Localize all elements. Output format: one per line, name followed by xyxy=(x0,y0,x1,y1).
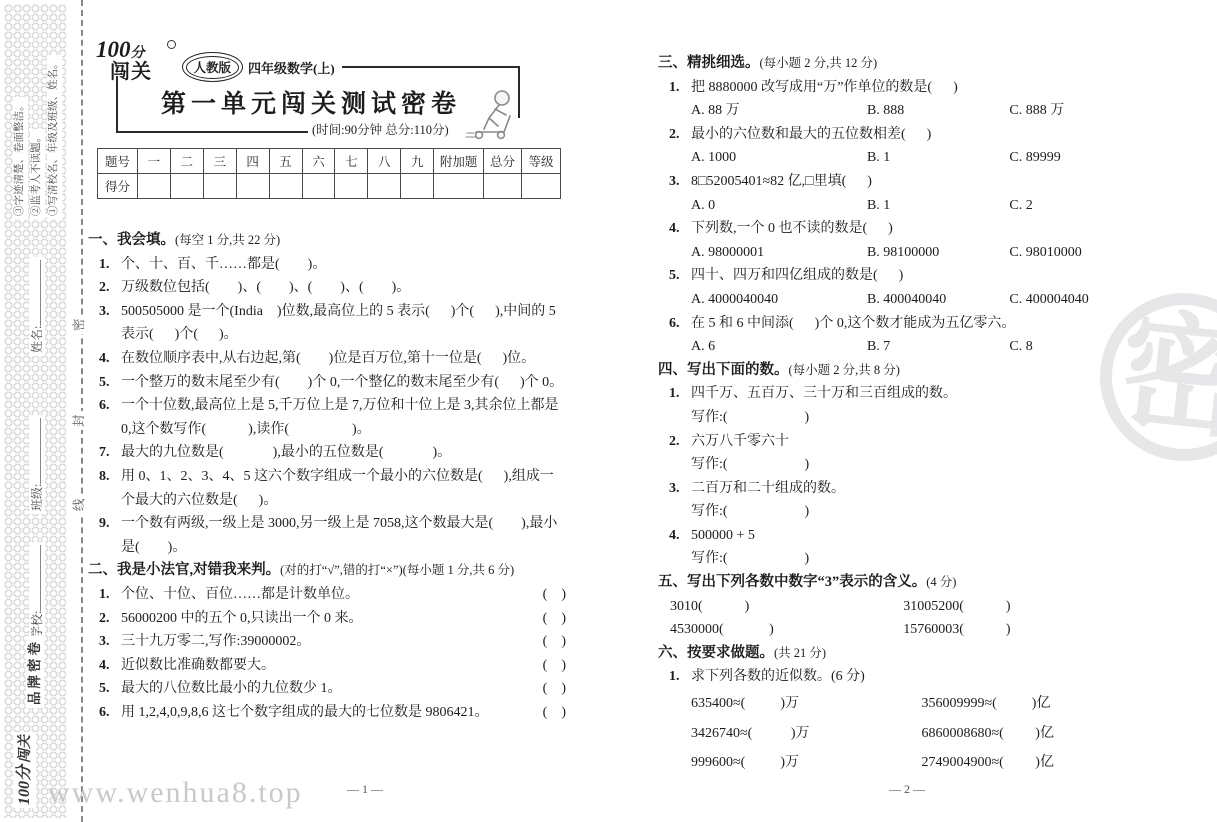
page-number-2: — 2 — xyxy=(862,782,952,797)
score-table: 题号 一 二 三 四 五 六 七 八 九 附加题 总分 等级 得分 xyxy=(97,148,561,199)
fill-item: 3.500505000 是一个(India )位数,最高位上的 5 表示( )个… xyxy=(88,300,566,347)
logo-chuangguan-text: 闯关 xyxy=(110,55,180,84)
choice-options: A. 4000040040B. 400040040C. 400004040 xyxy=(658,288,1110,312)
score-cell xyxy=(484,174,522,199)
answer-parens: ( ) xyxy=(543,630,566,654)
exam-instruction-2: ②监考人不读题。 xyxy=(30,129,45,219)
grade-subject-label: 四年级数学(上) xyxy=(248,58,335,77)
answer-parens: ( ) xyxy=(543,677,566,701)
write-answer-line: 写作:( ) xyxy=(658,500,1110,524)
exam-instruction-3: ③字迹清楚、卷面整洁。 xyxy=(13,98,28,220)
score-table-score-row: 得分 xyxy=(98,174,561,199)
section-6-meta: (共 21 分) xyxy=(774,646,826,660)
digit-meaning-entry: 31005200( ) xyxy=(903,595,1110,619)
logo-chuangguan: 闯关 xyxy=(18,735,33,763)
section-6-heading: 六、按要求做题。(共 21 分) xyxy=(658,642,1110,666)
digit-meaning-entry: 4530000( ) xyxy=(670,618,903,642)
col-header: 一 xyxy=(137,149,170,174)
score-table-header-row: 题号 一 二 三 四 五 六 七 八 九 附加题 总分 等级 xyxy=(98,149,561,174)
judge-item: 1.个位、十位、百位……都是计数单位。( ) xyxy=(88,583,566,607)
score-cell xyxy=(170,174,203,199)
write-number-stem: 1.四千万、五百万、三十万和三百组成的数。 xyxy=(658,382,1110,406)
section-1-heading: 一、我会填。(每空 1 分,共 22 分) xyxy=(88,229,566,253)
class-label: 班级: xyxy=(30,484,44,511)
score-cell xyxy=(335,174,368,199)
col-header: 题号 xyxy=(98,149,138,174)
score-cell xyxy=(401,174,434,199)
section-1-meta: (每空 1 分,共 22 分) xyxy=(175,233,280,247)
judge-item: 6.用 1,2,4,0,9,8,6 这七个数字组成的最大的七位数是 980642… xyxy=(88,701,566,725)
choice-stem: 5.四十、四万和四亿组成的数是( ) xyxy=(658,264,1110,288)
col-header: 九 xyxy=(401,149,434,174)
fill-item: 4.在数位顺序表中,从右边起,第( )位是百万位,第十一位是( )位。 xyxy=(88,347,566,371)
seal-char-feng: 封 xyxy=(71,411,88,430)
swirl-icon xyxy=(167,40,176,49)
judge-item: 5.最大的八位数比最小的九位数少 1。( ) xyxy=(88,677,566,701)
class-blank-line xyxy=(31,418,41,484)
answer-parens: ( ) xyxy=(543,607,566,631)
school-field: 学校: xyxy=(29,542,45,641)
fill-item: 9.一个数有两级,一级上是 3000,另一级上是 7058,这个数最大是( ),… xyxy=(88,512,566,559)
fill-item: 7.最大的九位数是( ),最小的五位数是( )。 xyxy=(88,441,566,465)
choice-options: A. 1000B. 1C. 89999 xyxy=(658,146,1110,170)
choice-stem: 3.8□52005401≈82 亿,□里填( ) xyxy=(658,170,1110,194)
seal-char-mi: 密 xyxy=(71,315,88,334)
page-1-content: 一、我会填。(每空 1 分,共 22 分) 1.个、十、百、千……都是( )。 … xyxy=(88,229,566,724)
choice-options: A. 98000001B. 98100000C. 98010000 xyxy=(658,241,1110,265)
col-header: 六 xyxy=(302,149,335,174)
approx-entry: 2749004900≈( )亿 xyxy=(921,748,1110,778)
fill-item: 8.用 0、1、2、3、4、5 这六个数字组成一个最小的六位数是( ),组成一个… xyxy=(88,465,566,512)
score-cell xyxy=(302,174,335,199)
write-number-stem: 4.500000 + 5 xyxy=(658,524,1110,548)
page-2-content: 三、精挑细选。(每小题 2 分,共 12 分) 1.把 8880000 改写成用… xyxy=(658,52,1110,778)
school-blank-line xyxy=(31,545,41,611)
choice-stem: 4.下列数,一个 0 也不读的数是( ) xyxy=(658,217,1110,241)
write-number-stem: 2.六万八千零六十 xyxy=(658,430,1110,454)
score-cell xyxy=(434,174,484,199)
judge-item: 3.三十九万零二,写作:39000002。( ) xyxy=(88,630,566,654)
fill-item: 5.一个整万的数末尾至少有( )个 0,一个整亿的数末尾至少有( )个 0。 xyxy=(88,371,566,395)
answer-parens: ( ) xyxy=(543,701,566,725)
score-cell xyxy=(236,174,269,199)
site-watermark: www.wenhua8.top xyxy=(48,776,303,810)
judge-item: 4.近似数比准确数都要大。( ) xyxy=(88,654,566,678)
approx-subheading: 1.求下列各数的近似数。(6 分) xyxy=(658,665,1110,689)
col-header: 等级 xyxy=(521,149,560,174)
col-header: 七 xyxy=(335,149,368,174)
approx-entry: 635400≈( )万 xyxy=(691,689,921,719)
paper-title: 第一单元闯关测试密卷 xyxy=(128,84,494,120)
write-answer-line: 写作:( ) xyxy=(658,406,1110,430)
brand-seal-text: 品牌密卷 xyxy=(26,636,44,708)
time-score-meta: (时间:90分钟 总分:110分) xyxy=(312,120,449,138)
seal-char-xian: 线 xyxy=(71,495,88,514)
digit-meaning-entry: 15760003( ) xyxy=(903,618,1110,642)
digit-meaning-grid: 3010( ) 31005200( ) 4530000( ) 15760003(… xyxy=(658,595,1110,642)
sidebar-brand-logo: 100分闯关 xyxy=(14,732,36,808)
approx-entry: 6860008680≈( )亿 xyxy=(921,719,1110,749)
exam-instruction-1: ①写清校名、年级及班级、姓名。 xyxy=(47,56,62,220)
secrecy-stamp-char: 密 xyxy=(1114,307,1217,448)
section-2-heading: 二、我是小法官,对错我来判。(对的打“√”,错的打“×”)(每小题 1 分,共 … xyxy=(88,559,566,583)
answer-parens: ( ) xyxy=(543,654,566,678)
approx-entry: 356009999≈( )亿 xyxy=(921,689,1110,719)
logo-100fen: 100分 xyxy=(16,765,33,805)
section-4-meta: (每小题 2 分,共 8 分) xyxy=(789,363,900,377)
student-name-field: 姓名: xyxy=(29,257,45,356)
col-header: 附加题 xyxy=(434,149,484,174)
class-field: 班级: xyxy=(29,415,45,514)
score-cell xyxy=(368,174,401,199)
fill-item: 2.万级数位包括( )、( )、( )、( )。 xyxy=(88,276,566,300)
approximation-grid: 635400≈( )万 356009999≈( )亿 3426740≈( )万 … xyxy=(658,689,1110,778)
score-cell xyxy=(203,174,236,199)
page-number-1: — 1 — xyxy=(320,782,410,797)
choice-stem: 2.最小的六位数和最大的五位数相差( ) xyxy=(658,123,1110,147)
col-header: 二 xyxy=(170,149,203,174)
judge-item: 2.56000200 中的五个 0,只读出一个 0 来。( ) xyxy=(88,607,566,631)
section-2-meta: (对的打“√”,错的打“×”)(每小题 1 分,共 6 分) xyxy=(280,563,514,577)
edition-badge-text: 人教版 xyxy=(186,56,240,79)
section-3-heading: 三、精挑细选。(每小题 2 分,共 12 分) xyxy=(658,52,1110,76)
col-header: 四 xyxy=(236,149,269,174)
approx-entry: 3426740≈( )万 xyxy=(691,719,921,749)
write-answer-line: 写作:( ) xyxy=(658,453,1110,477)
col-header: 五 xyxy=(269,149,302,174)
write-answer-line: 写作:( ) xyxy=(658,547,1110,571)
score-row-label: 得分 xyxy=(98,174,138,199)
write-number-stem: 3.二百万和二十组成的数。 xyxy=(658,477,1110,501)
digit-meaning-entry: 3010( ) xyxy=(670,595,903,619)
score-cell xyxy=(521,174,560,199)
section-1-title: 一、我会填。 xyxy=(88,232,175,248)
school-label: 学校: xyxy=(30,611,44,638)
col-header: 总分 xyxy=(484,149,522,174)
section-4-title: 四、写出下面的数。 xyxy=(658,362,789,378)
choice-options: A. 88 万B. 888C. 888 万 xyxy=(658,99,1110,123)
section-5-meta: (4 分) xyxy=(926,575,956,589)
edition-badge: 人教版 xyxy=(182,52,243,82)
section-6-title: 六、按要求做题。 xyxy=(658,645,774,661)
section-5-heading: 五、写出下列各数中数字“3”表示的含义。(4 分) xyxy=(658,571,1110,595)
section-5-title: 五、写出下列各数中数字“3”表示的含义。 xyxy=(658,574,926,590)
choice-options: A. 6B. 7C. 8 xyxy=(658,335,1110,359)
name-blank-line xyxy=(31,260,41,326)
col-header: 三 xyxy=(203,149,236,174)
choice-stem: 6.在 5 和 6 中间添( )个 0,这个数才能成为五亿零六。 xyxy=(658,312,1110,336)
choice-options: A. 0B. 1C. 2 xyxy=(658,194,1110,218)
name-label: 姓名: xyxy=(30,326,44,353)
seal-margin-sidebar: ①写清校名、年级及班级、姓名。 ②监考人不读题。 ③字迹清楚、卷面整洁。 姓名:… xyxy=(4,4,66,818)
fill-item: 6.一个十位数,最高位上是 5,千万位上是 7,万位和十位上是 3,其余位上都是… xyxy=(88,394,566,441)
choice-stem: 1.把 8880000 改写成用“万”作单位的数是( ) xyxy=(658,76,1110,100)
section-3-meta: (每小题 2 分,共 12 分) xyxy=(760,56,878,70)
section-3-title: 三、精挑细选。 xyxy=(658,55,760,71)
answer-parens: ( ) xyxy=(543,583,566,607)
col-header: 八 xyxy=(368,149,401,174)
approx-entry: 999600≈( )万 xyxy=(691,748,921,778)
section-2-title: 二、我是小法官,对错我来判。 xyxy=(88,562,280,578)
section-4-heading: 四、写出下面的数。(每小题 2 分,共 8 分) xyxy=(658,359,1110,383)
score-cell xyxy=(137,174,170,199)
score-cell xyxy=(269,174,302,199)
scooter-kid-illustration xyxy=(465,88,525,140)
fill-item: 1.个、十、百、千……都是( )。 xyxy=(88,253,566,277)
exam-paper-scan: { "sidebar": { "instructions": [ "①写清校名、… xyxy=(0,0,1217,822)
